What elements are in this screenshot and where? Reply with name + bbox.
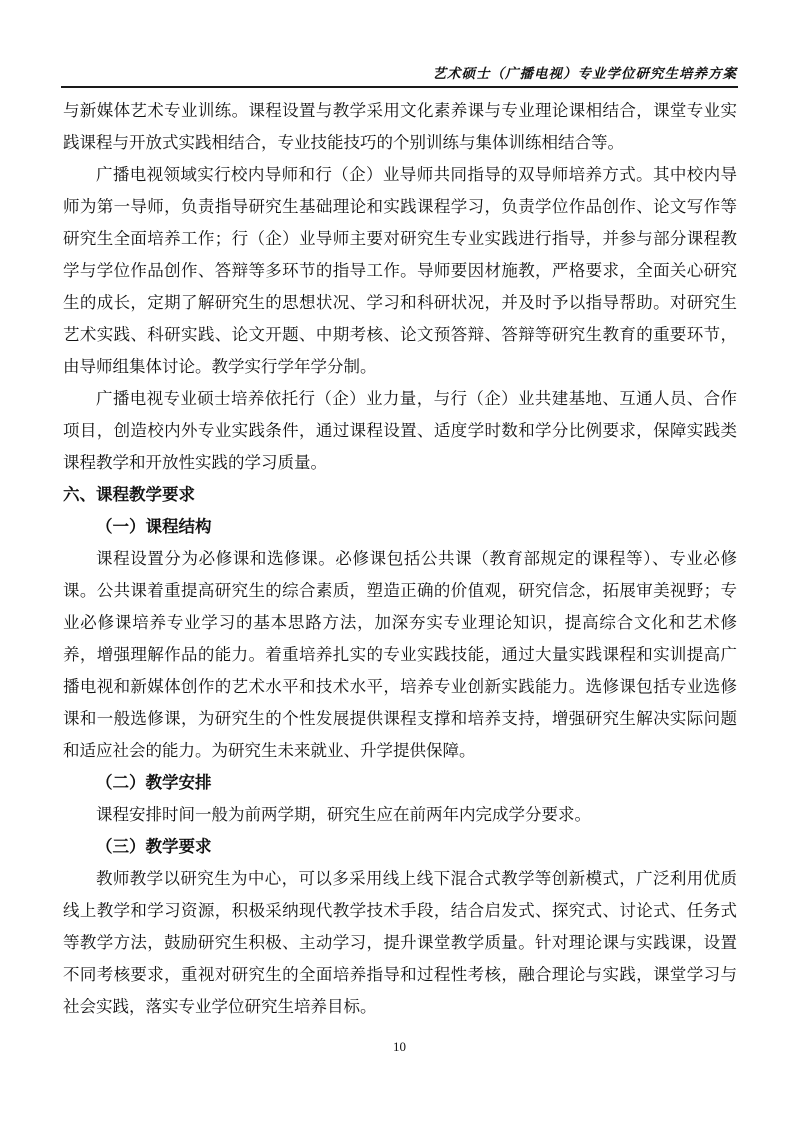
subsection-heading-course-structure: （一）课程结构 — [63, 511, 737, 543]
paragraph-dual-mentor: 广播电视领域实行校内导师和行（企）业导师共同指导的双导师培养方式。其中校内导师为… — [63, 159, 737, 383]
document-body: 与新媒体艺术专业训练。课程设置与教学采用文化素养课与专业理论课相结合，课堂专业实… — [63, 95, 737, 1023]
page-number: 10 — [393, 1039, 406, 1054]
page-header: 艺术硕士（广播电视）专业学位研究生培养方案 — [61, 64, 738, 88]
subsection-heading-teaching-schedule: （二）教学安排 — [63, 767, 737, 799]
section-heading-course-teaching-requirements: 六、课程教学要求 — [63, 479, 737, 511]
paragraph-teaching-requirements: 教师教学以研究生为中心，可以多采用线上线下混合式教学等创新模式，广泛利用优质线上… — [63, 863, 737, 1023]
paragraph-teaching-schedule: 课程安排时间一般为前两学期，研究生应在前两年内完成学分要求。 — [63, 799, 737, 831]
document-page: 艺术硕士（广播电视）专业学位研究生培养方案 与新媒体艺术专业训练。课程设置与教学… — [0, 0, 799, 1131]
header-title: 艺术硕士（广播电视）专业学位研究生培养方案 — [61, 64, 738, 84]
page-footer: 10 — [0, 1038, 799, 1056]
header-rule — [61, 86, 738, 88]
paragraph-course-structure: 课程设置分为必修课和选修课。必修课包括公共课（教育部规定的课程等）、专业必修课。… — [63, 543, 737, 767]
paragraph-industry-cooperation: 广播电视专业硕士培养依托行（企）业力量，与行（企）业共建基地、互通人员、合作项目… — [63, 383, 737, 479]
paragraph-continuation: 与新媒体艺术专业训练。课程设置与教学采用文化素养课与专业理论课相结合，课堂专业实… — [63, 95, 737, 159]
subsection-heading-teaching-requirements: （三）教学要求 — [63, 831, 737, 863]
